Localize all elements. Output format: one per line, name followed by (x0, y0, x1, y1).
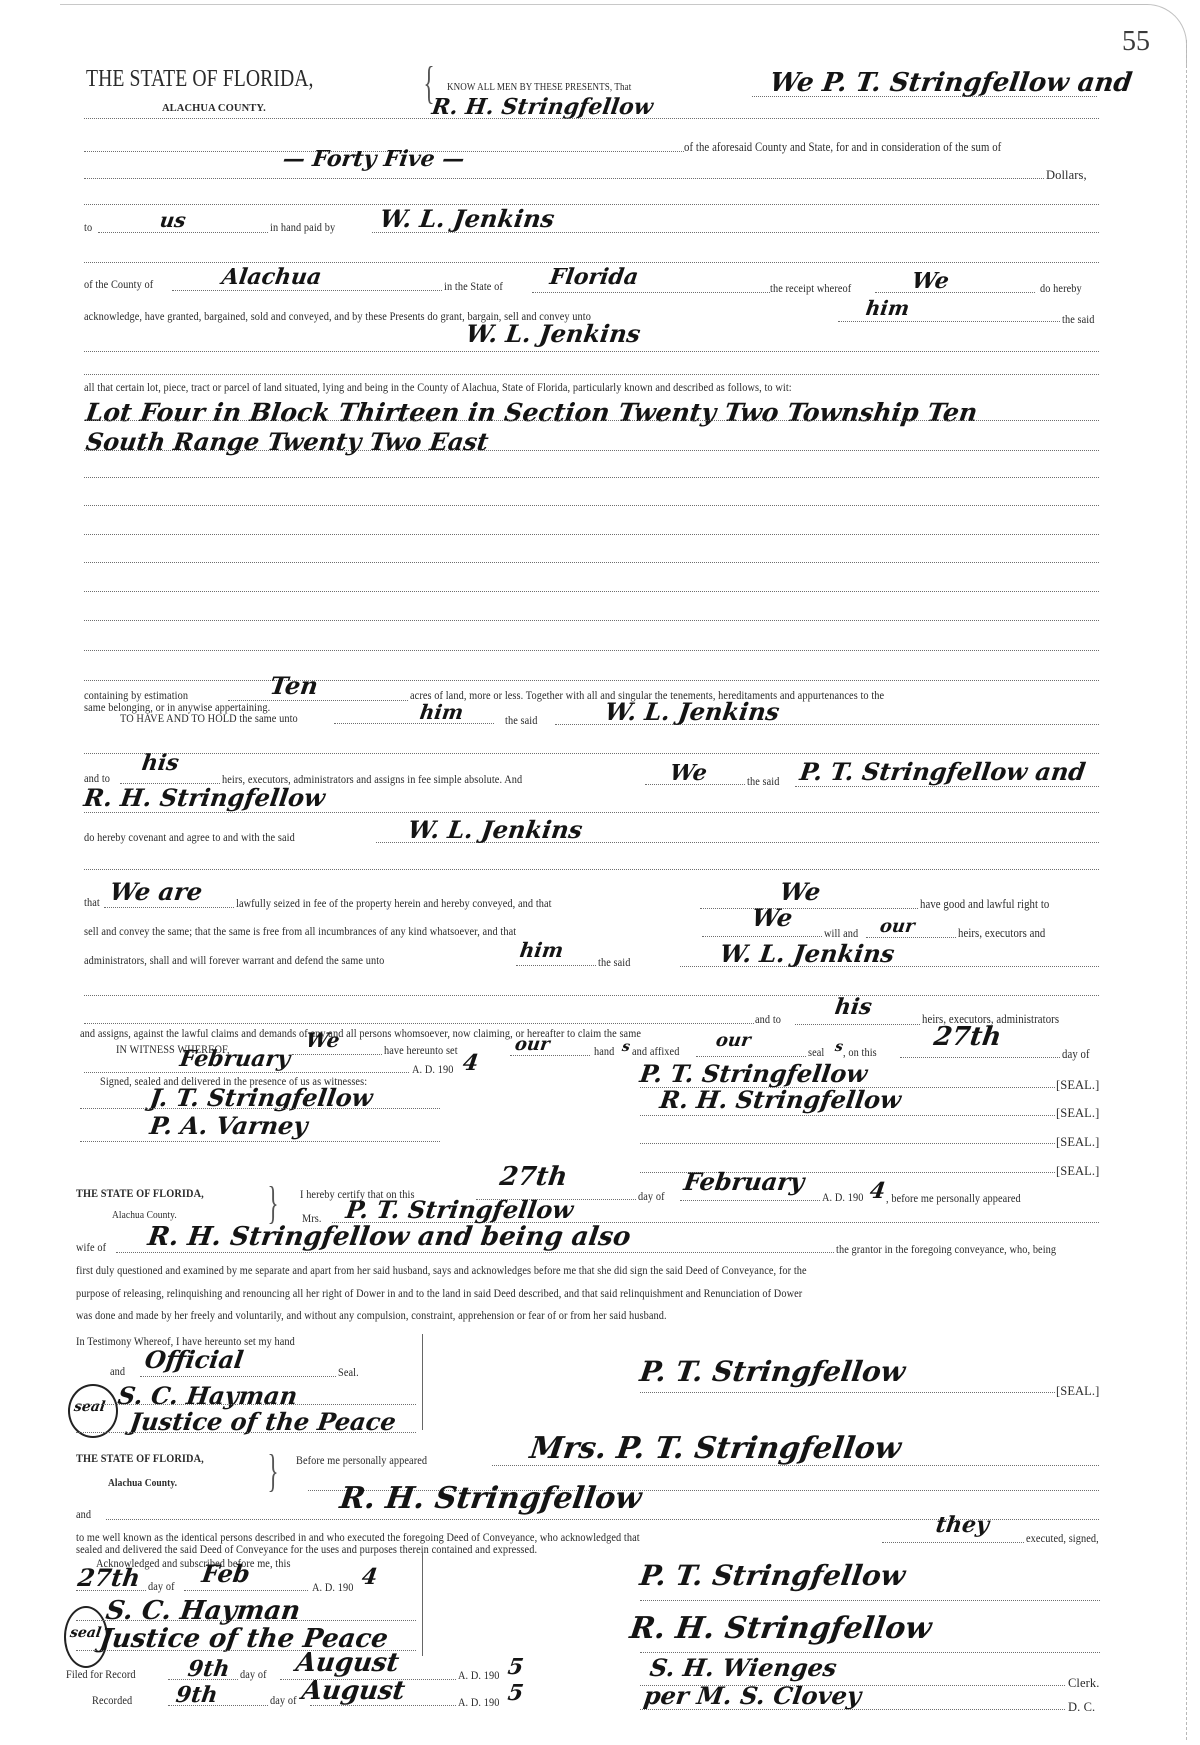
rule-line (875, 292, 1035, 293)
dc-label: D. C. (1068, 1701, 1095, 1714)
state-of-label: in the State of (444, 280, 503, 292)
defend-said-label: the said (598, 956, 631, 968)
witness-2: P. A. Varney (148, 1114, 309, 1138)
state-heading: THE STATE OF FLORIDA, (86, 67, 314, 91)
executed-text: executed, signed, (1026, 1532, 1099, 1544)
recorded-day-of: day of (270, 1694, 297, 1706)
paid-by-value: W. L. Jenkins (378, 207, 556, 231)
rule-line (84, 204, 1099, 205)
and-to-2-label: and to (755, 1013, 781, 1025)
recorded-label: Recorded (92, 1694, 132, 1706)
set-value: our (514, 1036, 551, 1054)
dower-ad: A. D. 190 (822, 1191, 863, 1203)
witness-value: We (305, 1030, 341, 1050)
rule-line (640, 1392, 1055, 1393)
will-and-label: will and (824, 927, 858, 939)
rule-line (640, 1115, 1055, 1116)
rule-line (116, 1252, 834, 1253)
assigns-text: and assigns, against the lawful claims a… (80, 1027, 641, 1039)
ack-signature-2: R. H. Stringfellow (628, 1614, 933, 1644)
rule-line (510, 1055, 590, 1056)
rule-line (84, 753, 1099, 754)
covenant-value: W. L. Jenkins (406, 818, 584, 842)
before-appeared-text: Before me personally appeared (296, 1454, 427, 1466)
ad-label: A. D. 190 (412, 1063, 453, 1075)
seal-label-3: [SEAL.] (1056, 1136, 1099, 1149)
ack-and-label: and (76, 1508, 91, 1520)
and-to-2-value: his (833, 996, 873, 1018)
witness-1: J. T. Stringfellow (148, 1086, 374, 1110)
dower-day-value: 27th (498, 1164, 569, 1190)
rule-line (882, 1542, 1024, 1543)
rule-line (84, 262, 1099, 263)
before-value: Mrs. P. T. Stringfellow (528, 1434, 903, 1464)
filed-month: August (294, 1650, 400, 1676)
page-border-right (1186, 40, 1187, 1740)
rule-line (84, 477, 1099, 478)
rule-line (680, 1200, 820, 1201)
paid-by-label: in hand paid by (270, 221, 335, 233)
day-value: 27th (932, 1024, 1003, 1050)
rule-line (640, 1143, 1055, 1144)
rule-line (84, 869, 1099, 870)
receipt-value: We (910, 270, 950, 292)
receipt-label: the receipt whereof (770, 282, 851, 294)
month-value: February (178, 1048, 291, 1070)
ack-month-value: Feb (200, 1562, 251, 1586)
rule-line (795, 786, 1099, 787)
state-value: Florida (548, 266, 639, 288)
grantors-again-1: P. T. Stringfellow and (798, 760, 1087, 784)
to-have-label: TO HAVE AND TO HOLD the same unto (120, 712, 298, 724)
dower-para-2: purpose of releasing, relinquishing and … (76, 1287, 802, 1299)
ack-county-heading: Alachua County. (108, 1478, 177, 1489)
to-label: to (84, 221, 92, 233)
and-to-value: his (140, 752, 180, 774)
signature-2: R. H. Stringfellow (658, 1088, 902, 1112)
and-value: We (668, 762, 708, 784)
dower-seal-label: [SEAL.] (1056, 1385, 1099, 1398)
county-heading: ALACHUA COUNTY. (162, 104, 266, 115)
rule-line (80, 1141, 440, 1142)
rule-line (84, 650, 1099, 651)
rule-line (76, 1432, 416, 1433)
dower-signature: P. T. Stringfellow (638, 1358, 907, 1386)
filed-day: 9th (186, 1658, 231, 1680)
seal-label-4: [SEAL.] (1056, 1165, 1099, 1178)
seized-text: lawfully seized in fee of the property h… (236, 897, 552, 909)
rule-line (98, 232, 268, 233)
wife-value: R. H. Stringfellow and being also (146, 1224, 632, 1250)
grantors-handwriting-1: We P. T. Stringfellow and (768, 70, 1133, 96)
seal-label-1: [SEAL.] (1056, 1079, 1099, 1092)
will-value: our (879, 918, 916, 936)
filed-ad: A. D. 190 (458, 1669, 499, 1681)
rule-line (84, 995, 1099, 996)
rule-line (84, 620, 1099, 621)
the-said-2-label: the said (747, 775, 780, 787)
seal-label-2: [SEAL.] (1056, 1107, 1099, 1120)
seal-label: seal (808, 1046, 824, 1058)
grantors-handwriting-2: R. H. Stringfellow (430, 96, 654, 118)
recorded-year-digit: 5 (506, 1682, 524, 1704)
and-label: and (110, 1365, 125, 1377)
seal-mark-text: seal (73, 1400, 106, 1414)
wife-of-label: wife of (76, 1241, 106, 1253)
rule-line (84, 1023, 754, 1024)
rule-line (172, 290, 442, 291)
defend-grantee: W. L. Jenkins (718, 942, 896, 966)
rule-line (866, 937, 956, 938)
ack-state-heading: THE STATE OF FLORIDA, (76, 1452, 204, 1464)
rule-line (84, 505, 1099, 506)
set-label: have hereunto set (384, 1044, 458, 1056)
page-border-top (60, 4, 1120, 5)
acres-value: Ten (268, 674, 319, 698)
defend-value: him (519, 940, 565, 960)
dower-day-of: day of (638, 1190, 665, 1202)
covenant-text: do hereby covenant and agree to and with… (84, 831, 295, 843)
before-me-text: , before me personally appeared (886, 1192, 1021, 1204)
on-this-label: , on this (843, 1046, 877, 1058)
mrs-value: P. T. Stringfellow (344, 1198, 575, 1222)
sell-convey-text: sell and convey the same; that the same … (84, 925, 516, 937)
rule-line (84, 374, 1099, 375)
ack-day-of: day of (148, 1580, 175, 1592)
the-said-label: the said (1062, 313, 1095, 325)
ack-seal-mark: seal (69, 1626, 102, 1640)
filed-label: Filed for Record (66, 1668, 136, 1680)
clerk-label: Clerk. (1068, 1677, 1100, 1690)
dollars-label: Dollars, (1046, 169, 1087, 182)
legal-description-1: Lot Four in Block Thirteen in Section Tw… (84, 400, 979, 425)
rule-line (334, 723, 494, 724)
clerk-signature: S. H. Wienges (648, 1656, 838, 1680)
county-of-label: of the County of (84, 278, 153, 290)
rule-line (84, 1072, 409, 1073)
page-number: 55 (1122, 26, 1150, 58)
officer-title: Justice of the Peace (128, 1410, 397, 1434)
recorded-ad: A. D. 190 (458, 1696, 499, 1708)
rule-line (640, 1709, 1065, 1710)
rule-line (84, 680, 1099, 681)
rule-line (700, 908, 918, 909)
dower-county-heading: Alachua County. (112, 1210, 177, 1221)
filed-day-of: day of (240, 1668, 267, 1680)
rule-line (140, 1376, 336, 1377)
rule-line (84, 420, 1099, 421)
hand-label: hand (594, 1045, 614, 1057)
recorded-month: August (300, 1678, 406, 1704)
rule-line (702, 936, 822, 937)
ack-signature-1: P. T. Stringfellow (638, 1562, 907, 1590)
that-label: that (84, 896, 100, 908)
ack-day-value: 27th (76, 1566, 141, 1590)
seized-value: We (778, 880, 822, 904)
dower-para-3: was done and made by her freely and volu… (76, 1309, 667, 1321)
brace-icon: } (268, 1448, 279, 1494)
bracket-line (422, 1334, 423, 1430)
that-value: We are (108, 880, 203, 904)
sell-value: We (750, 906, 794, 930)
rule-line (76, 1404, 416, 1405)
dower-para-1: first duly questioned and examined by me… (76, 1264, 807, 1276)
rule-line (76, 1620, 416, 1621)
grantee-value: W. L. Jenkins (464, 322, 642, 346)
rule-line (84, 118, 1099, 119)
rule-line (80, 1108, 440, 1109)
convey-unto-value: him (865, 298, 911, 318)
filed-year-digit: 5 (506, 1656, 524, 1678)
all-that-text: all that certain lot, piece, tract or pa… (84, 381, 792, 393)
rule-line (184, 1590, 308, 1591)
rule-line (795, 1024, 920, 1025)
ack-year-digit: 4 (360, 1566, 378, 1588)
amount-handwriting: — Forty Five — (281, 148, 465, 170)
they-value: they (934, 1514, 990, 1536)
dc-signature: per M. S. Clovey (642, 1684, 862, 1708)
hand-suffix: s (621, 1040, 631, 1054)
rule-line (84, 562, 1099, 563)
good-right-text: have good and lawful right to (920, 898, 1049, 911)
rule-line (640, 1600, 1100, 1601)
ack-text-2: sealed and delivered the said Deed of Co… (76, 1543, 537, 1555)
rule-line (516, 965, 596, 966)
dower-month-value: February (682, 1170, 805, 1194)
dower-year-digit: 4 (868, 1180, 886, 1202)
affixed-value: our (715, 1032, 752, 1050)
rule-line (696, 1056, 806, 1057)
rule-line (84, 450, 1099, 451)
county-value: Alachua (220, 266, 322, 288)
rule-line (84, 178, 1044, 179)
ack-and-value: R. H. Stringfellow (338, 1484, 643, 1514)
grantors-again-2: R. H. Stringfellow (82, 786, 326, 810)
heirs-exec-text: heirs, executors and (958, 927, 1045, 940)
year-digit: 4 (461, 1052, 479, 1074)
brace-icon: } (268, 1180, 279, 1226)
rule-line (838, 321, 1060, 322)
rule-line (84, 591, 1099, 592)
to-have-said-label: the said (505, 714, 538, 726)
deed-page: 55 THE STATE OF FLORIDA, ALACHUA COUNTY.… (0, 0, 1200, 1745)
official-value: Official (143, 1348, 245, 1372)
day-of-label: day of (1062, 1048, 1090, 1061)
to-have-value: him (419, 702, 465, 722)
rule-line (900, 1057, 1060, 1058)
do-hereby-label: do hereby (1040, 282, 1082, 294)
rule-line (84, 534, 1099, 535)
intro-text: KNOW ALL MEN BY THESE PRESENTS, That (447, 83, 631, 94)
to-have-grantee: W. L. Jenkins (603, 700, 781, 724)
aforesaid-text: of the aforesaid County and State, for a… (684, 141, 1001, 154)
affixed-label: and affixed (632, 1045, 679, 1057)
bracket-line (422, 1552, 423, 1656)
rule-line (104, 907, 234, 908)
recorded-day: 9th (174, 1684, 219, 1706)
grantor-text: the grantor in the foregoing conveyance,… (836, 1243, 1056, 1255)
rule-line (84, 351, 1099, 352)
dower-state-heading: THE STATE OF FLORIDA, (76, 1187, 204, 1199)
signature-1: P. T. Stringfellow (638, 1062, 869, 1086)
ack-ad: A. D. 190 (312, 1581, 353, 1593)
rule-line (84, 812, 1099, 813)
seal-word: Seal. (338, 1366, 359, 1378)
to-value: us (159, 210, 188, 230)
rule-line (532, 292, 770, 293)
rule-line (292, 1054, 382, 1055)
administrators-text: administrators, shall and will forever w… (84, 954, 384, 966)
